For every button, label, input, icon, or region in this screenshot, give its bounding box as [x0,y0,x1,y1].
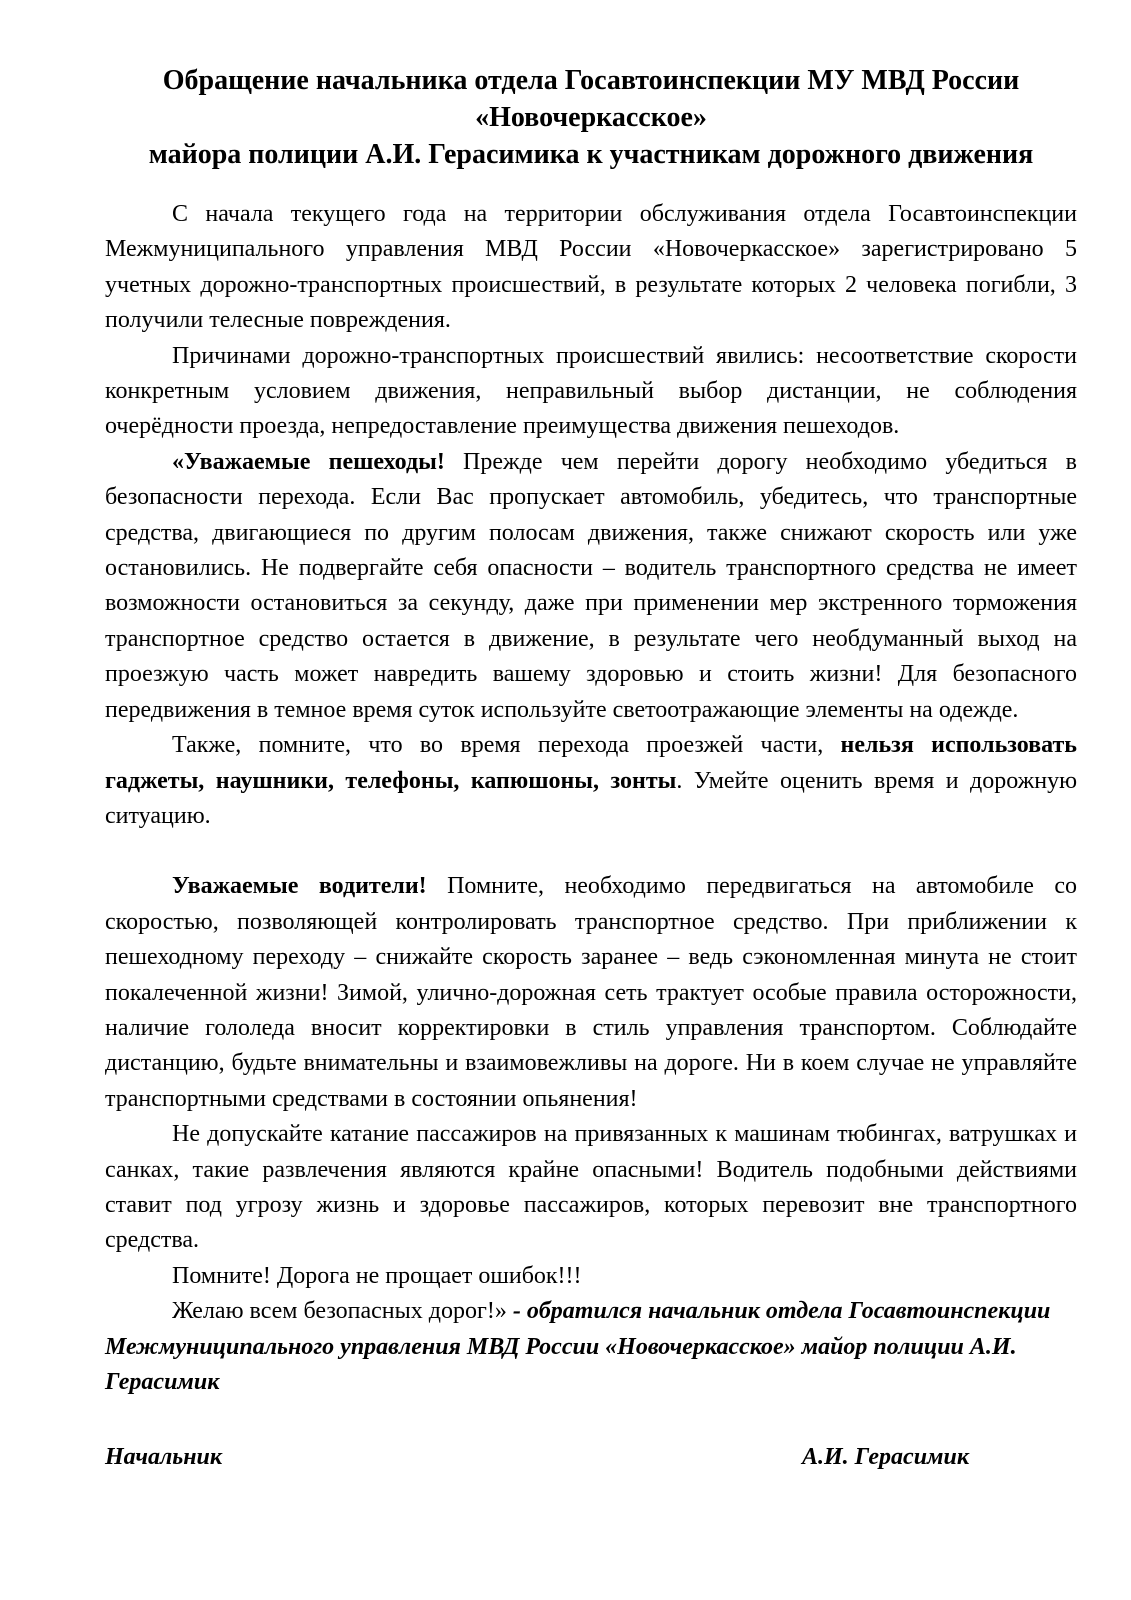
drivers-salutation: Уважаемые водители! [172,873,427,899]
paragraph-text: Также, помните, что во время перехода пр… [172,732,841,758]
paragraph-drivers: Уважаемые водители! Помните, необходимо … [105,869,1077,1117]
signature-name: А.И. Герасимик [802,1444,969,1471]
paragraph-text: С начала текущего года на территории обс… [105,201,1077,333]
signature-role: Начальник [105,1444,222,1471]
paragraph-text: Помните! Дорога не прощает ошибок!!! [172,1263,582,1289]
document-body: С начала текущего года на территории обс… [105,197,1077,1400]
paragraph-road-mistakes: Помните! Дорога не прощает ошибок!!! [105,1259,1077,1294]
paragraph-causes: Причинами дорожно-транспортных происшест… [105,339,1077,445]
blank-line-spacer [105,834,1077,869]
title-line-3: майора полиции А.И. Герасимика к участни… [105,136,1077,173]
paragraph-statistics: С начала текущего года на территории обс… [105,197,1077,339]
signature-block: Начальник А.И. Герасимик [105,1444,1077,1471]
paragraph-gadgets-warning: Также, помните, что во время перехода пр… [105,728,1077,834]
document-page: Обращение начальника отдела Госавтоинспе… [0,0,1131,1600]
paragraph-closing-quote: Желаю всем безопасных дорог!» - обратилс… [105,1294,1077,1400]
paragraph-text: Помните, необходимо передвигаться на авт… [105,873,1077,1111]
paragraph-text: Причинами дорожно-транспортных происшест… [105,343,1077,440]
title-line-2: «Новочеркасское» [105,99,1077,136]
pedestrians-salutation: «Уважаемые пешеходы! [172,449,445,475]
paragraph-tubing-warning: Не допускайте катание пассажиров на прив… [105,1117,1077,1259]
title-line-1: Обращение начальника отдела Госавтоинспе… [105,62,1077,99]
paragraph-text: Прежде чем перейти дорогу необходимо убе… [105,449,1077,723]
document-title: Обращение начальника отдела Госавтоинспе… [105,62,1077,173]
paragraph-text: Желаю всем безопасных дорог!» [172,1298,513,1324]
paragraph-pedestrians: «Уважаемые пешеходы! Прежде чем перейти … [105,445,1077,728]
paragraph-text: Не допускайте катание пассажиров на прив… [105,1121,1077,1253]
